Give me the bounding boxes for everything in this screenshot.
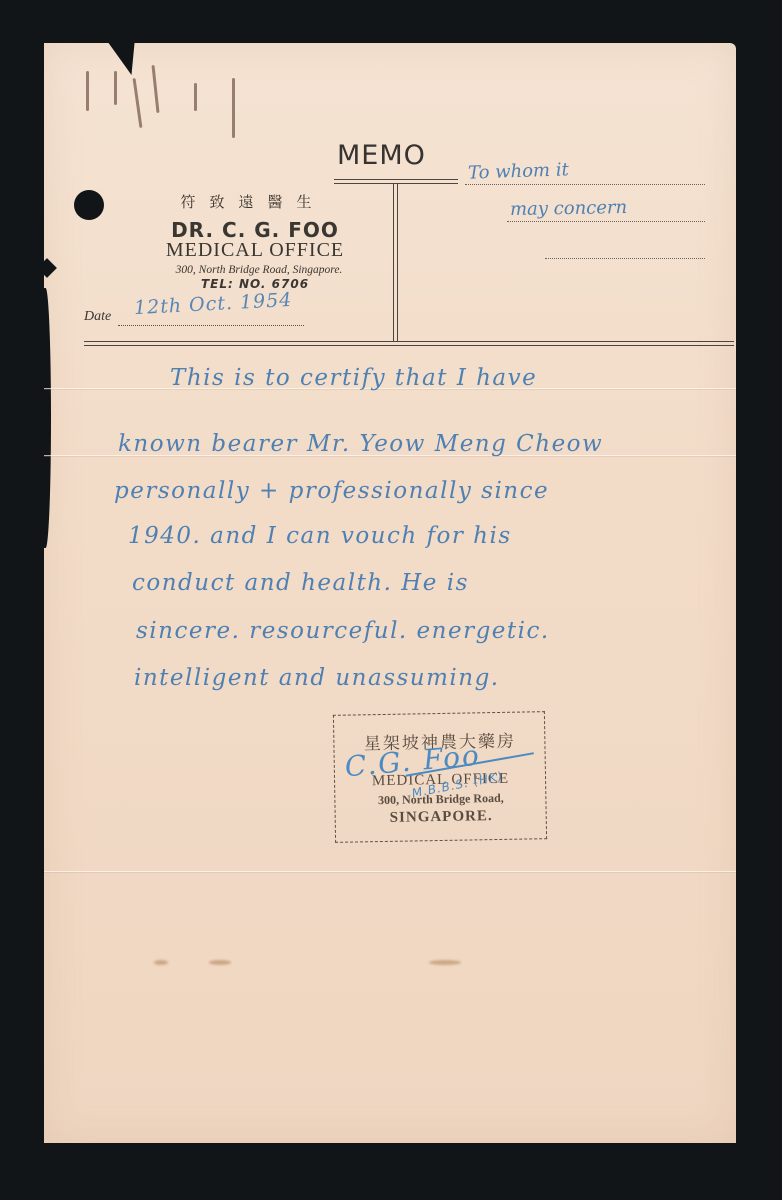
body-line-7: intelligent and unassuming. [134,665,500,691]
date-dotted-line [118,325,304,326]
date-value: 12th Oct. 1954 [134,289,293,319]
office-stamp: 星架坡神農大藥房 MEDICAL OFFICE 300, North Bridg… [333,711,547,843]
recipient-line-2 [507,221,705,222]
header-bottom-rule [84,341,734,346]
rust-mark [86,71,89,111]
header-divider [393,183,398,341]
stamp-city: SINGAPORE. [344,807,539,827]
telephone-number: TEL: NO. 6706 [140,277,370,291]
paper-edge-damage [42,288,51,548]
rust-mark [232,78,235,138]
paper-notch [37,258,57,278]
stain [154,960,168,965]
recipient-line-1 [465,184,705,185]
fold-line [44,871,736,872]
office-address: 300, North Bridge Road, Singapore. [134,264,384,276]
stain [429,960,461,965]
rust-mark [194,83,197,111]
body-line-3: personally + professionally since [114,478,549,504]
rust-mark [133,78,143,128]
body-line-1: This is to certify that I have [170,365,537,391]
punch-hole [74,190,104,220]
chinese-name: 符致遠醫生 [138,191,368,212]
rust-mark [114,71,117,105]
body-line-2: known bearer Mr. Yeow Meng Cheow [118,431,603,457]
memo-title: MEMO [337,140,426,171]
body-line-5: conduct and health. He is [132,570,469,596]
recipient-text-1: To whom it [468,159,569,184]
recipient-text-2: may concern [510,197,627,220]
office-name: MEDICAL OFFICE [140,239,370,262]
body-line-6: sincere. resourceful. energetic. [136,618,550,644]
date-label: Date [84,309,111,325]
body-line-4: 1940. and I can vouch for his [128,523,512,549]
rust-mark [151,65,159,113]
stain [209,960,231,965]
recipient-line-3 [545,258,705,259]
memo-paper: 符致遠醫生 DR. C. G. FOO MEDICAL OFFICE 300, … [44,43,736,1143]
